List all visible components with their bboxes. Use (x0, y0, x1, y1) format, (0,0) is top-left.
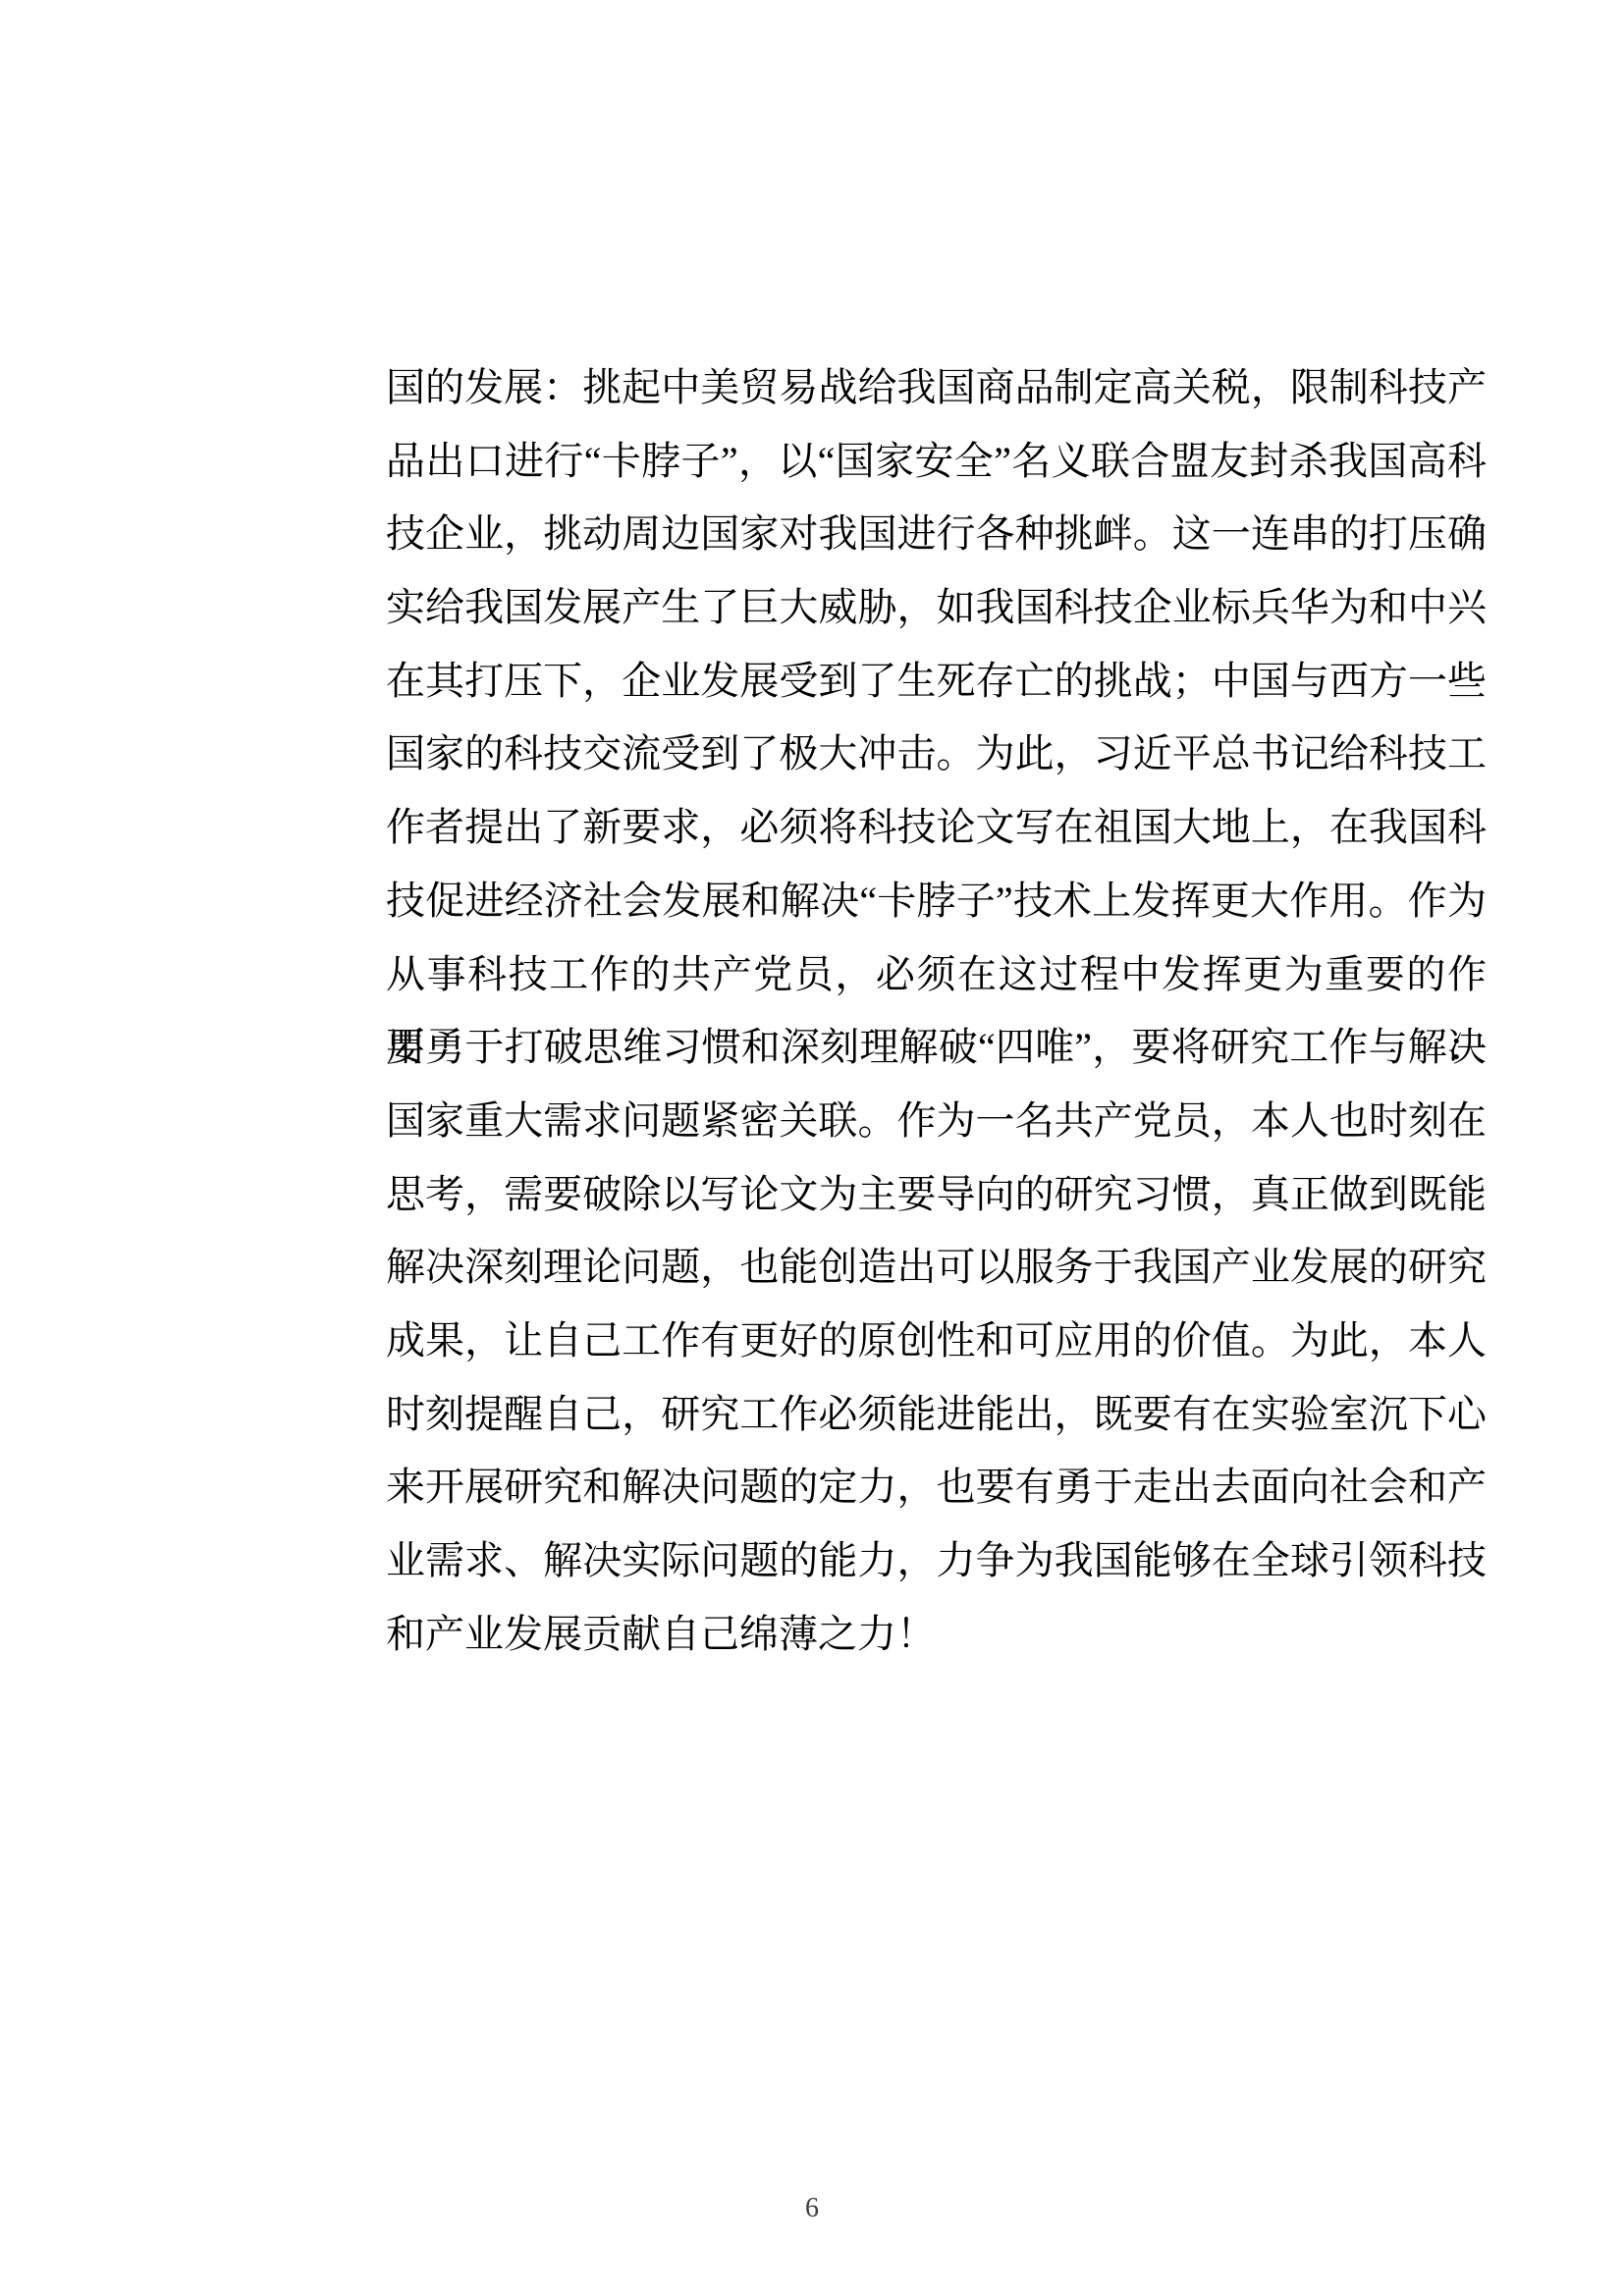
paragraph-line: 技促进经济社会发展和解决“卡脖子”技术上发挥更大作用。作为 (386, 865, 1487, 938)
paragraph-line: 实给我国发展产生了巨大威胁，如我国科技企业标兵华为和中兴 (386, 571, 1487, 645)
paragraph-line: 品出口进行“卡脖子”，以“国家安全”名义联合盟友封杀我国高科 (386, 425, 1487, 499)
paragraph-line: 要勇于打破思维习惯和深刻理解破“四唯”，要将研究工作与解决 (386, 1011, 1487, 1085)
paragraph-line: 国的发展：挑起中美贸易战给我国商品制定高关税，限制科技产 (386, 351, 1487, 425)
paragraph-line: 来开展研究和解决问题的定力，也要有勇于走出去面向社会和产 (386, 1451, 1487, 1524)
paragraph-line: 解决深刻理论问题，也能创造出可以服务于我国产业发展的研究 (386, 1231, 1487, 1305)
paragraph-line: 和产业发展贡献自己绵薄之力！ (386, 1598, 1487, 1672)
paragraph-line: 业需求、解决实际问题的能力，力争为我国能够在全球引领科技 (386, 1524, 1487, 1598)
paragraph-line: 从事科技工作的共产党员，必须在这过程中发挥更为重要的作用： (386, 938, 1487, 1012)
paragraph-line: 作者提出了新要求，必须将科技论文写在祖国大地上，在我国科 (386, 791, 1487, 865)
paragraph: 国的发展：挑起中美贸易战给我国商品制定高关税，限制科技产 品出口进行“卡脖子”，… (386, 351, 1487, 1671)
paragraph-line: 思考，需要破除以写论文为主要导向的研究习惯，真正做到既能 (386, 1158, 1487, 1232)
page-number: 6 (0, 2193, 1624, 2224)
paragraph-line: 国家的科技交流受到了极大冲击。为此，习近平总书记给科技工 (386, 718, 1487, 791)
document-page: 国的发展：挑起中美贸易战给我国商品制定高关税，限制科技产 品出口进行“卡脖子”，… (0, 0, 1624, 2296)
paragraph-line: 技企业，挑动周边国家对我国进行各种挑衅。这一连串的打压确 (386, 498, 1487, 571)
paragraph-line: 成果，让自己工作有更好的原创性和可应用的价值。为此，本人 (386, 1305, 1487, 1378)
paragraph-line: 时刻提醒自己，研究工作必须能进能出，既要有在实验室沉下心 (386, 1378, 1487, 1452)
paragraph-line: 国家重大需求问题紧密关联。作为一名共产党员，本人也时刻在 (386, 1085, 1487, 1158)
paragraph-line: 在其打压下，企业发展受到了生死存亡的挑战；中国与西方一些 (386, 645, 1487, 719)
